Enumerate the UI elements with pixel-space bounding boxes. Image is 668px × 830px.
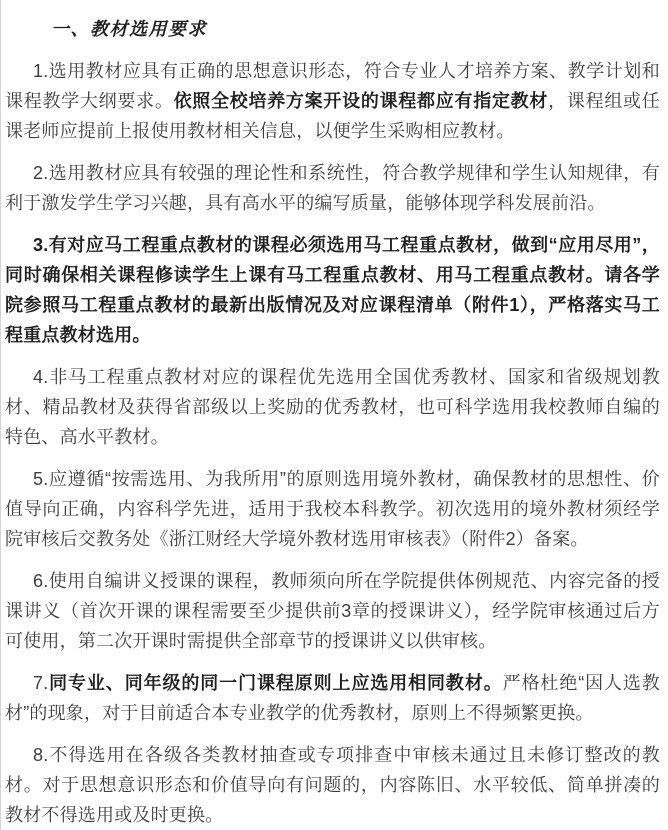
bold-text-segment: 3.有对应马工程重点教材的课程必须选用马工程重点教材，做到“应用尽用”，同时确保… — [5, 235, 660, 345]
text-segment: 2.选用教材应具有较强的理论性和系统性，符合教学规律和学生认知规律，有利于激发学… — [5, 163, 660, 213]
document-body: 1.选用教材应具有正确的思想意识形态，符合专业人才培养方案、教学计划和课程教学大… — [5, 56, 660, 830]
bold-text-segment: 依照全校培养方案开设的课程都应有指定教材 — [174, 91, 549, 111]
paragraph-4: 4.非马工程重点教材对应的课程优先选用全国优秀教材、国家和省级规划教材、精品教材… — [5, 362, 660, 452]
document-page: 一、教材选用要求 1.选用教材应具有正确的思想意识形态，符合专业人才培养方案、教… — [0, 0, 668, 830]
text-segment: 6.使用自编讲义授课的课程，教师须向所在学院提供体例规范、内容完备的授课讲义（首… — [5, 571, 660, 651]
paragraph-3: 3.有对应马工程重点教材的课程必须选用马工程重点教材，做到“应用尽用”，同时确保… — [5, 230, 660, 350]
paragraph-7: 7.同专业、同年级的同一门课程原则上应选用相同教材。严格杜绝“因人选教材”的现象… — [5, 668, 660, 728]
paragraph-1: 1.选用教材应具有正确的思想意识形态，符合专业人才培养方案、教学计划和课程教学大… — [5, 56, 660, 146]
bold-text-segment: 同专业、同年级的同一门课程原则上应选用相同教材。 — [48, 673, 502, 693]
text-segment: 8.不得选用在各级各类教材抽查或专项排查中审核未通过且未修订整改的教材。对于思想… — [5, 745, 660, 825]
text-segment: 5.应遵循“按需选用、为我所用”的原则选用境外教材，确保教材的思想性、价值导向正… — [5, 469, 660, 549]
paragraph-2: 2.选用教材应具有较强的理论性和系统性，符合教学规律和学生认知规律，有利于激发学… — [5, 158, 660, 218]
text-segment: 4.非马工程重点教材对应的课程优先选用全国优秀教材、国家和省级规划教材、精品教材… — [5, 367, 660, 447]
document-title: 一、教材选用要求 — [5, 14, 660, 44]
paragraph-6: 6.使用自编讲义授课的课程，教师须向所在学院提供体例规范、内容完备的授课讲义（首… — [5, 566, 660, 656]
paragraph-5: 5.应遵循“按需选用、为我所用”的原则选用境外教材，确保教材的思想性、价值导向正… — [5, 464, 660, 554]
paragraph-8: 8.不得选用在各级各类教材抽查或专项排查中审核未通过且未修订整改的教材。对于思想… — [5, 740, 660, 830]
text-segment: 7. — [33, 673, 48, 693]
